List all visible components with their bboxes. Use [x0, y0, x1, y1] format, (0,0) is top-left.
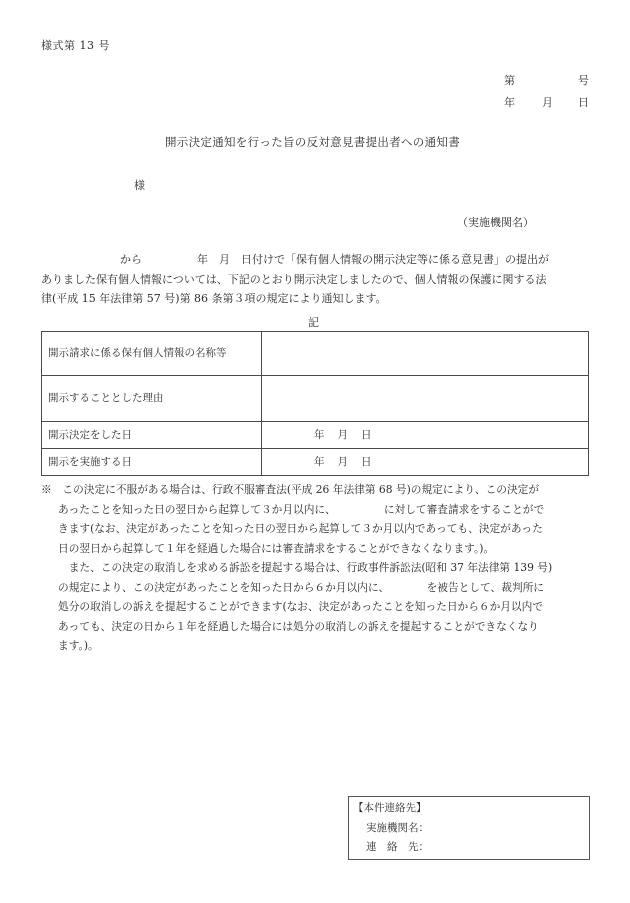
- contact-box: 【本件連絡先】 実施機関名： 連 絡 先：: [348, 796, 590, 860]
- value-year: 年: [314, 430, 325, 441]
- row-label: 開示請求に係る保有個人情報の名称等: [42, 332, 262, 376]
- body-line-1: から 年 月 日付けで「保有個人情報の開示決定等に係る意見書」の提出が: [41, 250, 589, 270]
- contact-heading: 【本件連絡先】: [353, 803, 427, 814]
- note-1-line-3: きます(なお、決定があったことを知った日の翌日から起算して３か月以内であっても、…: [41, 519, 589, 539]
- value-month: 月: [338, 457, 349, 468]
- value-day: 日: [361, 457, 372, 468]
- doc-number-suffix: 号: [578, 75, 589, 86]
- date-month: 月: [542, 97, 553, 108]
- contact-info-label: 連 絡 先：: [366, 842, 429, 853]
- row-value-date: 年月日: [262, 449, 589, 476]
- document-title: 開示決定通知を行った旨の反対意見書提出者への通知書: [165, 137, 460, 149]
- value-year: 年: [314, 457, 325, 468]
- table-row: 開示請求に係る保有個人情報の名称等: [42, 332, 589, 376]
- table-row: 開示することとした理由: [42, 376, 589, 422]
- row-value: [262, 332, 589, 376]
- note-2-line-5: ます。)。: [41, 636, 589, 656]
- date-year: 年: [504, 97, 515, 108]
- row-label: 開示を実施する日: [42, 449, 262, 476]
- value-month: 月: [338, 430, 349, 441]
- body-text: から 年 月 日付けで「保有個人情報の開示決定等に係る意見書」の提出が ありまし…: [41, 250, 589, 309]
- value-day: 日: [361, 430, 372, 441]
- row-label: 開示することとした理由: [42, 376, 262, 422]
- note-2-line-4: あっても、決定の日から１年を経過した場合には処分の取消しの訴えを提起することがで…: [41, 617, 589, 637]
- doc-number-prefix: 第: [504, 75, 515, 86]
- note-2-line-3: 処分の取消しの訴えを提起することができます(なお、決定があったことを知った日から…: [41, 597, 589, 617]
- info-table: 開示請求に係る保有個人情報の名称等 開示することとした理由 開示決定をした日 年…: [41, 331, 589, 476]
- addressee: 様: [134, 180, 145, 191]
- table-row: 開示を実施する日 年月日: [42, 449, 589, 476]
- row-value-date: 年月日: [262, 422, 589, 449]
- note-2-line-1: また、この決定の取消しを求める訴訟を提起する場合は、行政事件訴訟法(昭和 37 …: [41, 558, 589, 578]
- note-1-line-4: 日の翌日から起算して１年を経過した場合には審査請求をすることができなくなります。…: [41, 539, 589, 559]
- row-label: 開示決定をした日: [42, 422, 262, 449]
- body-line-3: 律(平成 15 年法律第 57 号)第 86 条第３項の規定により通知します。: [41, 289, 589, 309]
- body-line-2: ありました保有個人情報については、下記のとおり開示決定しましたので、個人情報の保…: [41, 270, 589, 290]
- agency-name-label: （実施機関名）: [457, 217, 534, 228]
- ki-heading: 記: [308, 317, 319, 328]
- table-row: 開示決定をした日 年月日: [42, 422, 589, 449]
- form-number: 様式第 13 号: [41, 40, 110, 51]
- note-2-line-2: の規定により、この決定があったことを知った日から６か月以内に、 を被告として、裁…: [41, 578, 589, 598]
- note-1-line-1: ※ この決定に不服がある場合は、行政不服審査法(平成 26 年法律第 68 号)…: [41, 480, 589, 500]
- date-day: 日: [578, 97, 589, 108]
- notes: ※ この決定に不服がある場合は、行政不服審査法(平成 26 年法律第 68 号)…: [41, 480, 589, 656]
- note-1-line-2: あったことを知った日の翌日から起算して３か月以内に、 に対して審査請求をすること…: [41, 500, 589, 520]
- contact-agency-label: 実施機関名：: [366, 823, 429, 834]
- row-value: [262, 376, 589, 422]
